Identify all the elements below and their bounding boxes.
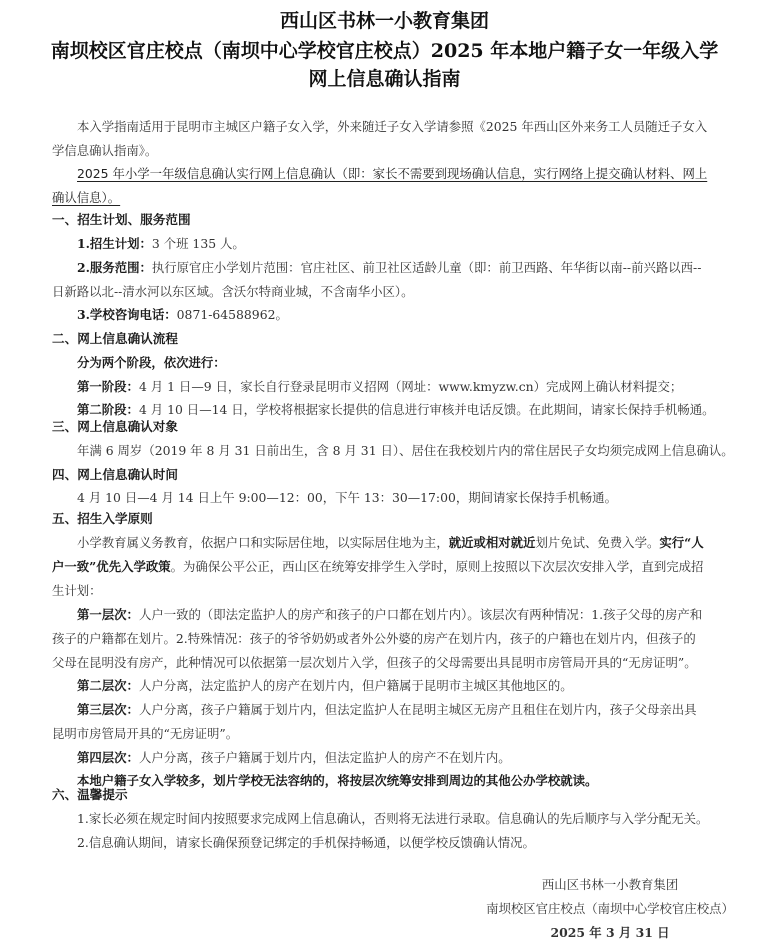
principles-paragraph-line1: 小学教育属义务教育，依据户口和实际居住地，以实际居住地为主，就近或相对就近划片免… (77, 535, 704, 551)
enrollment-plan-item: 1.招生计划：3 个班 135 人。 (77, 236, 245, 252)
document-title-sub: 网上信息确认指南 (0, 64, 769, 91)
tier-2-item: 第二层次：人户分离，法定监护人的房产在划片内，但户籍属于昆明市主城区其他地区的。 (77, 678, 573, 694)
tier-3-line1: 第三层次：人户分离，孩子户籍属于划片内，但法定监护人在昆明主城区无房产且租住在划… (77, 702, 697, 718)
intro-paragraph-line1: 本入学指南适用于昆明市主城区户籍子女入学，外来随迁子女入学请参照《2025 年西… (77, 119, 707, 135)
stage-2-text: 4 月 10 日—14 日，学校将根据家长提供的信息进行审核并电话反馈。在此期间… (139, 402, 715, 417)
tier-1-text: 人户一致的（即法定监护人的房产和孩子的户口都在划片内）。该层次有两种情况：1.孩… (139, 607, 702, 622)
school-phone-value: 0871-64588962。 (177, 307, 288, 322)
tier-2-text: 人户分离，法定监护人的房产在划片内，但户籍属于昆明市主城区其他地区的。 (139, 678, 573, 693)
principles-text: 小学教育属义务教育，依据户口和实际居住地，以实际居住地为主， (77, 535, 449, 550)
online-confirmation-notice-line2: 确认信息）。 (52, 190, 120, 206)
tier-3-text: 人户分离，孩子户籍属于划片内，但法定监护人在昆明主城区无房产且租住在划片内，孩子… (139, 702, 697, 717)
tier-1-label: 第一层次： (77, 607, 139, 622)
principles-text-free: 划片免试、免费入学。 (535, 535, 659, 550)
stages-intro: 分为两个阶段，依次进行： (77, 355, 226, 371)
stage-2-item: 第二阶段：4 月 10 日—14 日，学校将根据家长提供的信息进行审核并电话反馈… (77, 402, 715, 418)
tier-4-item: 第四层次：人户分离，孩子户籍属于划片内，但法定监护人的房产不在划片内。 (77, 750, 511, 766)
service-area-item-line2: 日新路以北--清水河以东区域。含沃尔特商业城，不含南华小区）。 (52, 284, 414, 300)
tip-2: 2.信息确认期间，请家长确保预登记绑定的手机保持畅通，以便学校反馈确认情况。 (77, 835, 535, 851)
confirmation-target-text: 年满 6 周岁（2019 年 8 月 31 日前出生，含 8 月 31 日）、居… (77, 443, 734, 459)
stage-1-item: 第一阶段：4 月 1 日—9 日，家长自行登录昆明市义招网（网址：www.kmy… (77, 379, 682, 395)
tier-1-line3: 父母在昆明没有房产，此种情况可以依据第一层次划片入学，但孩子的父母需要出具昆明市… (52, 655, 697, 671)
service-area-label: 2.服务范围： (77, 260, 152, 275)
tier-4-label: 第四层次： (77, 750, 139, 765)
principles-paragraph-line2: 户一致”优先入学政策。为确保公平公正，西山区在统筹安排学生入学时，原则上按照以下… (52, 559, 703, 575)
stage-1-text: 4 月 1 日—9 日，家长自行登录昆明市义招网（网址：www.kmyzw.cn… (139, 379, 682, 394)
stage-1-label: 第一阶段： (77, 379, 139, 394)
principles-text-cont: 。为确保公平公正，西山区在统筹安排学生入学时，原则上按照以下次层次安排入学，直到… (171, 559, 704, 574)
stage-2-label: 第二阶段： (77, 402, 139, 417)
tier-4-text: 人户分离，孩子户籍属于划片内，但法定监护人的房产不在划片内。 (139, 750, 511, 765)
school-phone-label: 3.学校咨询电话： (77, 307, 177, 322)
tier-2-label: 第二层次： (77, 678, 139, 693)
tier-3-label: 第三层次： (77, 702, 139, 717)
principles-nearby-emphasis: 就近或相对就近 (449, 535, 536, 550)
school-phone-item: 3.学校咨询电话：0871-64588962。 (77, 307, 288, 323)
document-title-main: 南坝校区官庄校点（南坝中心学校官庄校点）2025 年本地户籍子女一年级入学 (0, 36, 769, 63)
service-area-text: 执行原官庄小学划片范围：官庄社区、前卫社区适龄儿童（即：前卫西路、年华街以南--… (152, 260, 702, 275)
tip-1: 1.家长必须在规定时间内按照要求完成网上信息确认，否则将无法进行录取。信息确认的… (77, 811, 708, 827)
principles-paragraph-line3: 生计划： (52, 583, 102, 599)
enrollment-plan-label: 1.招生计划： (77, 236, 152, 251)
tier-3-line2: 昆明市房管局开具的“无房证明”。 (52, 726, 238, 742)
enrollment-plan-value: 3 个班 135 人。 (152, 236, 245, 251)
overflow-placement-note: 本地户籍子女入学较多，划片学校无法容纳的，将按层次统筹安排到周边的其他公办学校就… (77, 773, 597, 789)
section-6-heading: 六、温馨提示 (52, 787, 128, 803)
signature-date: 2025 年 3 月 31 日 (490, 925, 730, 941)
principles-policy-emphasis-cont: 户一致”优先入学政策 (52, 559, 171, 574)
section-2-heading: 二、网上信息确认流程 (52, 331, 178, 347)
intro-paragraph-line2: 学信息确认指南》。 (52, 143, 157, 159)
signature-org: 西山区书林一小教育集团 (490, 877, 730, 893)
section-3-heading: 三、网上信息确认对象 (52, 419, 178, 435)
tier-1-line2: 孩子的户籍都在划片。2.特殊情况：孩子的爷爷奶奶或者外公外婆的房产在划片内，孩子… (52, 631, 696, 647)
principles-policy-emphasis: 实行“人 (659, 535, 703, 550)
signature-campus: 南坝校区官庄校点（南坝中心学校官庄校点） (460, 901, 760, 917)
document-title-org: 西山区书林一小教育集团 (0, 6, 769, 33)
confirmation-time-text: 4 月 10 日—4 月 14 日上午 9:00—12：00，下午 13：30—… (77, 490, 617, 506)
service-area-item-line1: 2.服务范围：执行原官庄小学划片范围：官庄社区、前卫社区适龄儿童（即：前卫西路、… (77, 260, 701, 276)
section-1-heading: 一、招生计划、服务范围 (52, 212, 191, 228)
section-5-heading: 五、招生入学原则 (52, 511, 153, 527)
admission-guide-document: 西山区书林一小教育集团 南坝校区官庄校点（南坝中心学校官庄校点）2025 年本地… (0, 0, 769, 946)
online-confirmation-notice-line1: 2025 年小学一年级信息确认实行网上信息确认（即：家长不需要到现场确认信息，实… (77, 166, 707, 182)
tier-1-line1: 第一层次：人户一致的（即法定监护人的房产和孩子的户口都在划片内）。该层次有两种情… (77, 607, 702, 623)
section-4-heading: 四、网上信息确认时间 (52, 467, 178, 483)
